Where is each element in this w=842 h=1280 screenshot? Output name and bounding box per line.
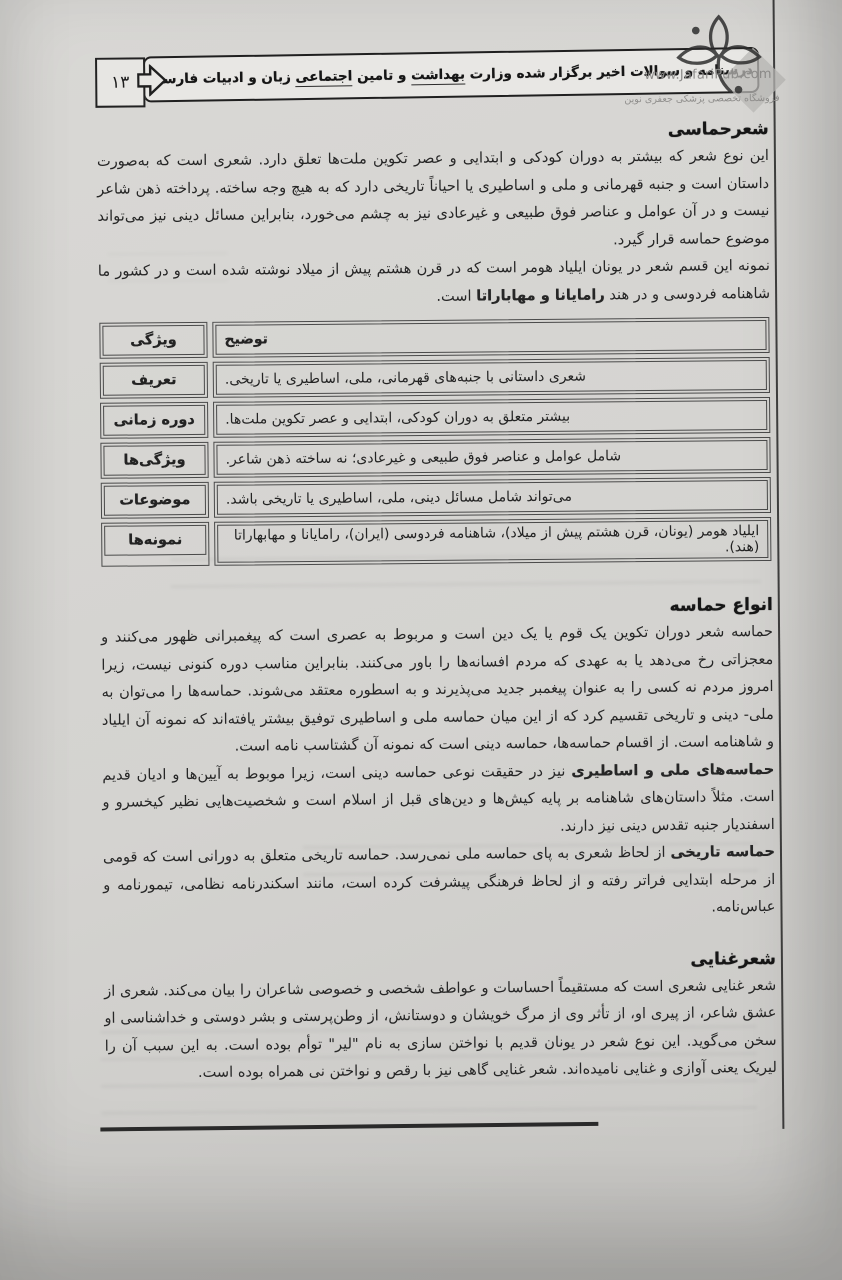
row-label-cell: دوره زمانی <box>100 402 208 439</box>
table-row: نمونه‌ها ایلیاد هومر (یونان، قرن هشتم پی… <box>101 517 771 567</box>
row-desc-cell: ایلیاد هومر (یونان، قرن هشتم پیش از میلا… <box>214 517 771 566</box>
row-desc-cell: بیشتر متعلق به دوران کودکی، ابتدایی و عص… <box>213 397 770 438</box>
types-paragraph-3: حماسه تاریخی از لحاظ شعری به پای حماسه م… <box>103 838 776 926</box>
page-content: شعرحماسی این نوع شعر که بیشتر به دوران ک… <box>97 119 777 1087</box>
scanned-book-page: { "header": { "page_number": "۱۳", "titl… <box>0 0 842 1280</box>
epic-paragraph-1: این نوع شعر که بیشتر به دوران کودکی و اب… <box>97 142 770 258</box>
row-label-cell: تعریف <box>100 362 208 399</box>
table-row: موضوعات می‌تواند شامل مسائل دینی، ملی، ا… <box>101 477 771 519</box>
section-lyric-poetry: شعرغنایی شعر غنایی شعری است که مستقیماً … <box>104 948 777 1087</box>
watermark-store-name: فروشگاه تخصصی پزشکی جعفری نوین <box>624 93 784 105</box>
page-number: ۱۳ <box>111 73 129 93</box>
row-label-cell: ویژگی‌ها <box>100 442 208 479</box>
section-epic-poetry: شعرحماسی این نوع شعر که بیشتر به دوران ک… <box>97 119 773 567</box>
page-canvas: درسنامه و سوالات اخیر برگزار شده وزارت ب… <box>0 0 842 1280</box>
row-desc-cell: شعری داستانی با جنبه‌های قهرمانی، ملی، ا… <box>213 357 770 398</box>
watermark-url: www.JafariPub.com <box>644 67 789 83</box>
lyric-heading: شعرغنایی <box>104 948 776 974</box>
types-paragraph-2: حماسه‌های ملی و اساطیری نیز در حقیقت نوع… <box>102 755 775 843</box>
epic-paragraph-2: نمونه این قسم شعر در یونان ایلیاد هومر ا… <box>98 252 770 313</box>
lyric-paragraph-1: شعر غنایی شعری است که مستقیماً احساسات و… <box>104 971 777 1087</box>
epic-table: ویژگی توضیح تعریف شعری داستانی با جنبه‌ه… <box>99 317 771 567</box>
underlined-word: بهداشت <box>411 67 465 86</box>
publisher-logo-icon <box>660 5 779 102</box>
types-paragraph-1: حماسه شعر دوران تکوین یک قوم یا یک دین ا… <box>101 618 774 761</box>
row-label-cell: نمونه‌ها <box>101 522 209 567</box>
row-label-cell: ویژگی <box>99 322 207 359</box>
row-desc-cell: شامل عوامل و عناصر فوق طبیعی و غیرعادی؛ … <box>213 437 770 478</box>
row-desc-cell: توضیح <box>212 317 769 358</box>
row-desc-cell: می‌تواند شامل مسائل دینی، ملی، اساطیری ی… <box>214 477 771 518</box>
bottom-rule <box>100 1122 598 1131</box>
row-label-cell: موضوعات <box>101 482 209 519</box>
table-header-row: ویژگی توضیح <box>99 317 769 359</box>
section-epic-types: انواع حماسه حماسه شعر دوران تکوین یک قوم… <box>101 595 776 926</box>
arrow-icon <box>137 64 167 96</box>
table-row: دوره زمانی بیشتر متعلق به دوران کودکی، ا… <box>100 397 770 439</box>
table-row: ویژگی‌ها شامل عوامل و عناصر فوق طبیعی و … <box>100 437 770 479</box>
epic-heading: شعرحماسی <box>97 119 769 145</box>
table-row: تعریف شعری داستانی با جنبه‌های قهرمانی، … <box>100 357 770 399</box>
types-heading: انواع حماسه <box>101 595 773 621</box>
underlined-word: اجتماعی <box>295 68 352 87</box>
